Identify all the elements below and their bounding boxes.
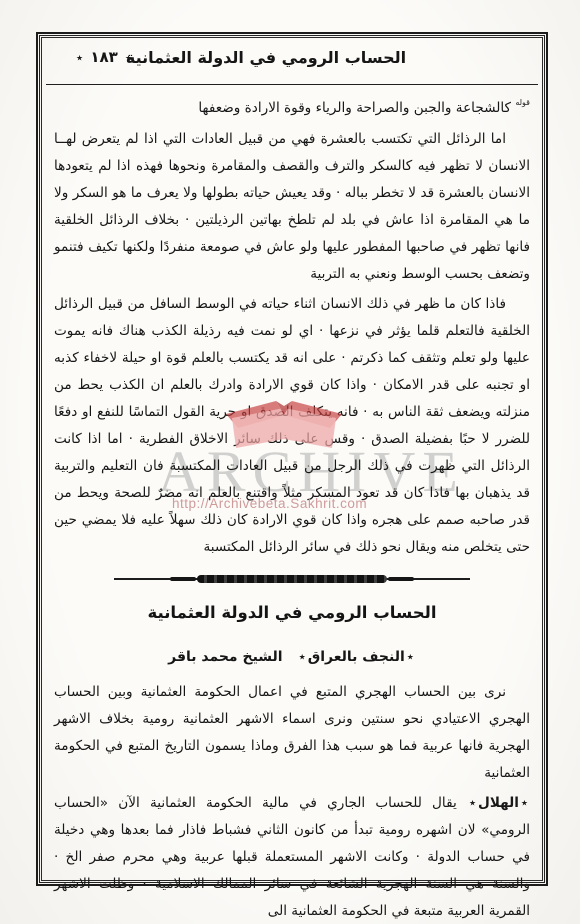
article-body: قوله كالشجاعة والجبن والصراحة والرياء وق… — [42, 85, 542, 924]
flower-ornament-icon: ٭ — [297, 650, 308, 665]
flower-ornament-icon: ٭ — [467, 796, 478, 811]
page-number-value: ١٨٣ — [90, 48, 117, 66]
answer-label: الهلال — [478, 795, 519, 811]
page-header: الحساب الرومي في الدولة العثمانية ٭ ١٨٣ … — [46, 38, 538, 85]
paragraph: اما الرذائل التي تكتسب بالعشرة فهي من قب… — [54, 126, 530, 288]
byline: ٭النجف بالعراق٭الشيخ محمد باقر — [54, 644, 530, 671]
divider-end-left — [170, 577, 196, 581]
margin-note: قوله — [515, 98, 530, 107]
page-border-frame: الحساب الرومي في الدولة العثمانية ٭ ١٨٣ … — [36, 32, 548, 886]
paragraph-text: كالشجاعة والجبن والصراحة والرياء وقوة ال… — [198, 100, 511, 116]
page-inner-frame: الحساب الرومي في الدولة العثمانية ٭ ١٨٣ … — [41, 37, 543, 881]
answer-paragraph: ٭الهلال٭ يقال للحساب الجاري في مالية الح… — [54, 790, 530, 924]
divider-end-right — [388, 577, 414, 581]
flower-ornament-icon: ٭ — [519, 796, 530, 811]
scanned-book-page: ARCHIVE الحساب الرومي في الدولة العثماني… — [0, 0, 580, 924]
section-divider — [114, 573, 470, 585]
paragraph-continuation: قوله كالشجاعة والجبن والصراحة والرياء وق… — [54, 95, 530, 123]
answer-text: يقال للحساب الجاري في مالية الحكومة العث… — [54, 795, 530, 919]
flower-ornament-icon: ٭ — [74, 51, 85, 66]
flower-ornament-icon: ٭ — [123, 51, 134, 66]
byline-location: النجف بالعراق — [308, 649, 405, 665]
byline-author: الشيخ محمد باقر — [168, 649, 282, 665]
question-paragraph: نرى بين الحساب الهجري المتبع في اعمال ال… — [54, 679, 530, 787]
paragraph: فاذا كان ما ظهر في ذلك الانسان اثناء حيا… — [54, 291, 530, 561]
flower-ornament-icon: ٭ — [405, 650, 416, 665]
running-title: الحساب الرومي في الدولة العثمانية — [126, 48, 406, 67]
page-number: ٭ ١٨٣ ٭ — [74, 48, 134, 66]
section-title: الحساب الرومي في الدولة العثمانية — [54, 599, 530, 626]
divider-braid-ornament — [197, 575, 387, 583]
